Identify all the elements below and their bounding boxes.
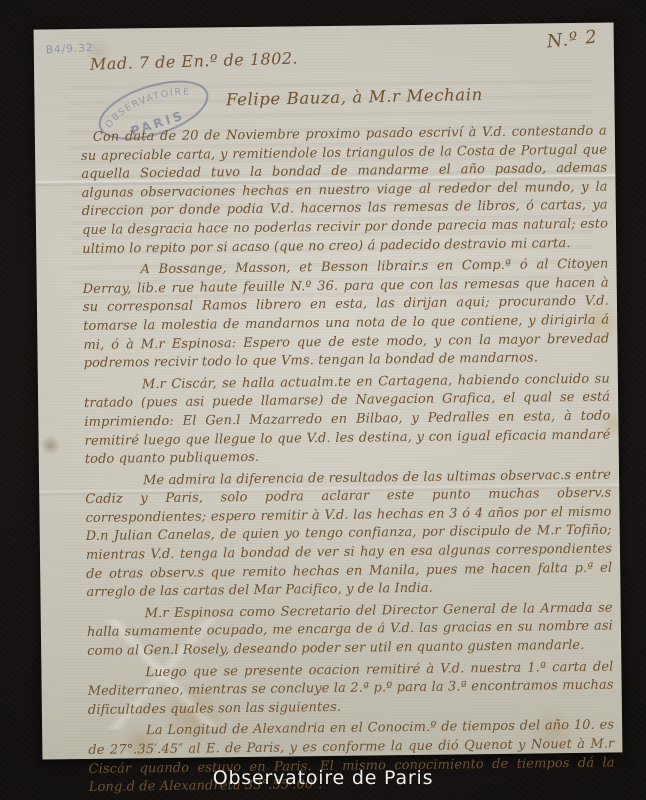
archival-number-pencil: B4/9.32	[46, 42, 94, 56]
archive-photo: B4/9.32 N.º 2 Mad. 7 de En.º de 1802. OB…	[0, 0, 646, 800]
caption-band: Observatoire de Paris	[0, 756, 646, 800]
letter-paragraph: Luego que se presente ocacion remitiré à…	[87, 658, 614, 720]
letter-paragraph: Con data de 20 de Noviembre proximo pasa…	[81, 123, 609, 260]
letter-paragraph: Me admira la diferencia de resultados de…	[85, 466, 613, 603]
paper-sheet: B4/9.32 N.º 2 Mad. 7 de En.º de 1802. OB…	[34, 22, 623, 759]
page-number: N.º 2	[546, 27, 599, 53]
letter-body: Con data de 20 de Noviembre proximo pasa…	[81, 123, 615, 800]
photo-caption: Observatoire de Paris	[213, 767, 434, 789]
letter-paragraph: M.r Espinosa como Secretario del Directo…	[87, 599, 614, 661]
letter-paragraph: M.r Ciscár, se halla actualm.te en Carta…	[84, 370, 611, 469]
letter-paragraph: A Bossange, Masson, et Besson librair.s …	[82, 256, 609, 374]
letter-heading: Felipe Bauza, à M.r Mechain	[204, 85, 504, 110]
